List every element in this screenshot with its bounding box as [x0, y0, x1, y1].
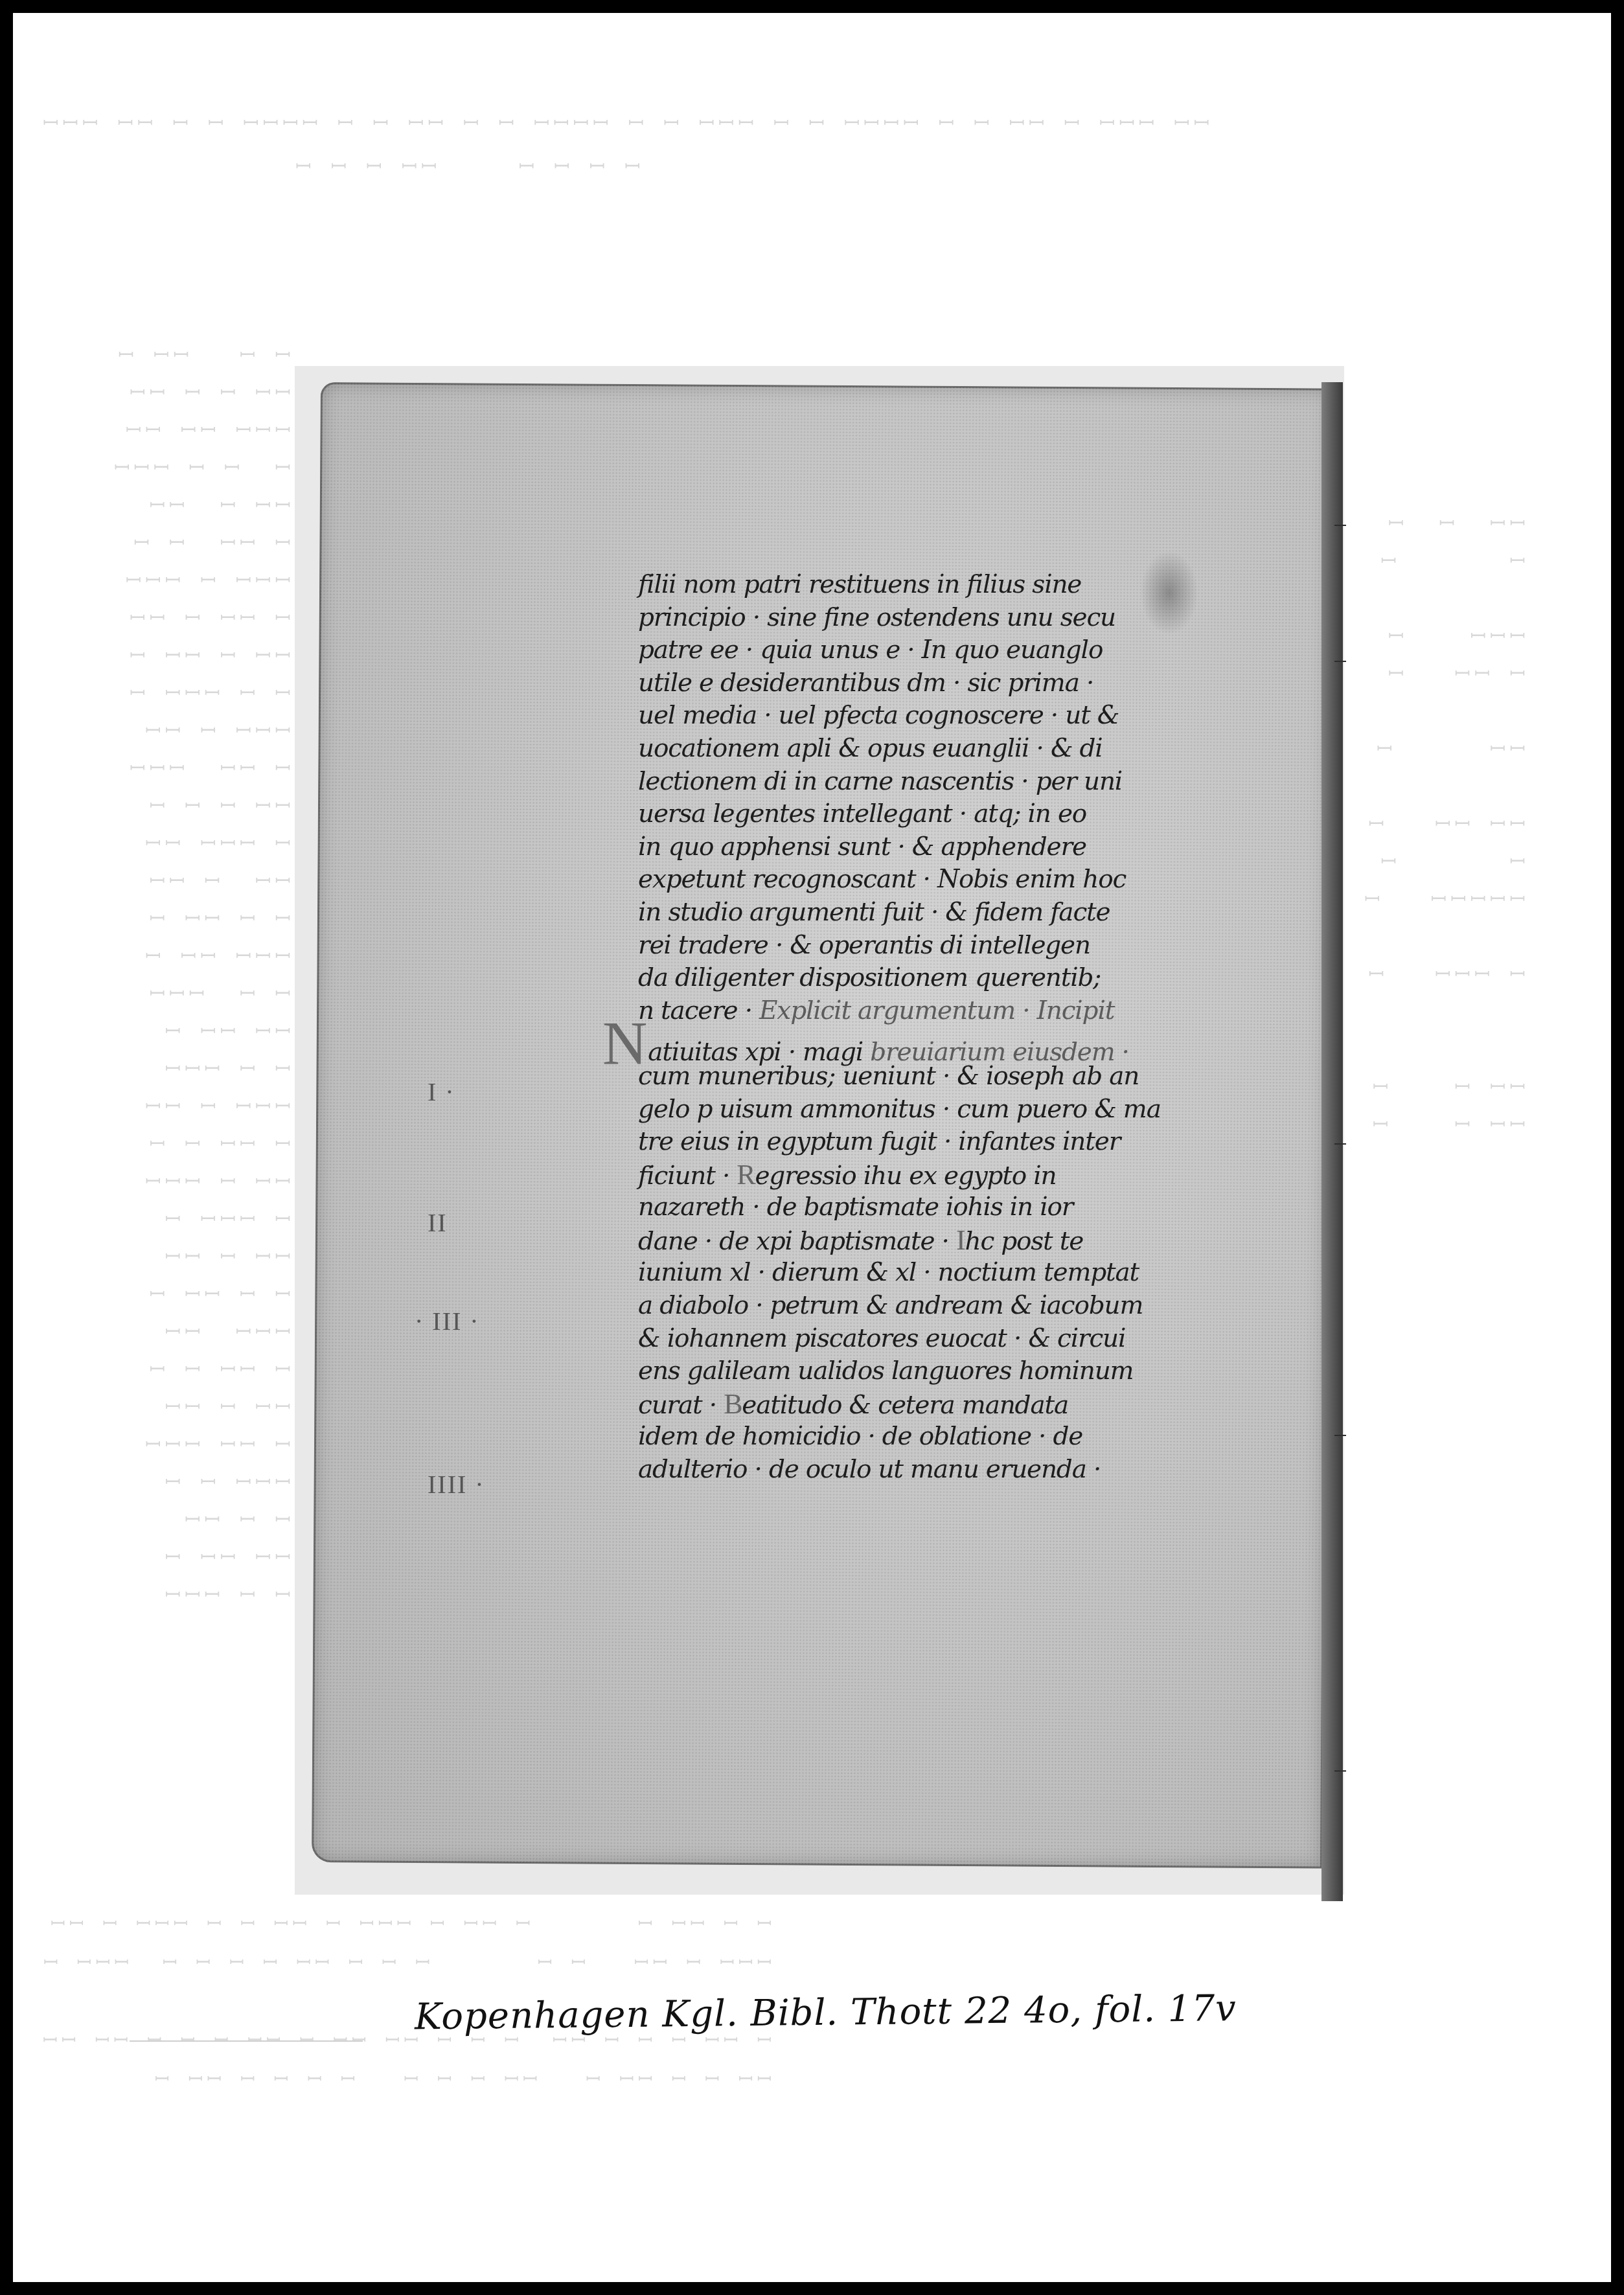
text-line: uocationem apli & opus euanglii · & di	[638, 733, 1221, 766]
text-line: Natiuitas xpi · magi breuiarium eiusdem …	[638, 1027, 1221, 1060]
binding-tab	[1334, 1143, 1346, 1145]
line-text: curat ·	[638, 1391, 716, 1420]
text-line: tre eius in egyptum fugit · infantes int…	[638, 1126, 1221, 1159]
binding-tab	[1334, 1770, 1346, 1772]
text-line: utile e desiderantibus dm · sic prima ·	[638, 667, 1221, 700]
bleed-through-top-2: ꟷ ꟷ ꟷ ꟷ ꟷꟷ ꟷ ꟷ ꟷ	[292, 152, 640, 179]
text-line: & iohannem piscatores euocat · & circui	[638, 1323, 1221, 1356]
binding-tab	[1334, 525, 1346, 526]
decorated-initial: N	[602, 1027, 646, 1060]
handwritten-caption: Kopenhagen Kgl. Bibl. Thott 22 4o, fol. …	[415, 1988, 1206, 2038]
chapter-numeral: II	[428, 1207, 448, 1238]
line-text: eatitudo & cetera mandata	[742, 1391, 1068, 1420]
line-text: hc post te	[965, 1227, 1083, 1256]
text-line: uersa legentes intellegant · atq; in eo	[638, 798, 1221, 831]
binding-strip	[1321, 382, 1343, 1901]
text-line: idem de homicidio · de oblatione · de	[638, 1421, 1221, 1454]
rubric-explicit-incipit: Explicit argumentum · Incipit	[759, 996, 1114, 1025]
line-text: ficiunt ·	[638, 1161, 729, 1191]
chapter-capital: I	[956, 1224, 965, 1256]
text-line: adulterio · de oculo ut manu eruenda ·	[638, 1454, 1221, 1487]
text-line: expetunt recognoscant · Nobis enim hoc	[638, 863, 1221, 896]
text-line: curat · Beatitudo & cetera mandata	[638, 1388, 1221, 1421]
bleed-through-right: ꟷꟷ ꟷ ꟷ ꟷ ꟷ ꟷꟷꟷ ꟷ ꟷ ꟷꟷ ꟷ ꟷꟷ ꟷ ꟷꟷ ꟷꟷ ꟷ ꟷ ꟷ…	[1360, 505, 1526, 1144]
line-text: dane · de xpi baptismate ·	[638, 1227, 949, 1256]
text-line: gelo p uisum ammonitus · cum puero & ma	[638, 1093, 1221, 1126]
manuscript-text: filii nom patri restituens in filius sin…	[638, 569, 1221, 1487]
text-line: uel media · uel pfecta cognoscere · ut &	[638, 700, 1221, 733]
text-line: lectionem di in carne nascentis · per un…	[638, 766, 1221, 799]
text-line: in quo apphensi sunt · & apphendere	[638, 831, 1221, 864]
faint-rule	[130, 2040, 363, 2042]
text-line: da diligenter dispositionem querentib;	[638, 962, 1221, 995]
bleed-through-left: ꟷ ꟷ ꟷꟷ ꟷ ꟷꟷ ꟷ ꟷ ꟷꟷ ꟷꟷꟷ ꟷꟷ ꟷꟷ ꟷ ꟷ ꟷ ꟷꟷꟷ ꟷ…	[110, 337, 291, 1614]
text-line: rei tradere · & operantis di intellegen	[638, 930, 1221, 963]
chapter-numeral: I ·	[428, 1077, 455, 1107]
bleed-through-top: ꟷꟷ ꟷꟷꟷ ꟷ ꟷꟷ ꟷ ꟷ ꟷꟷꟷꟷ ꟷ ꟷ ꟷꟷꟷ ꟷ ꟷ ꟷꟷꟷꟷ ꟷ …	[39, 109, 1209, 135]
text-line: cum muneribus; ueniunt · & ioseph ab an	[638, 1060, 1221, 1093]
text-line: ficiunt · Regressio ihu ex egypto in	[638, 1159, 1221, 1192]
binding-tab	[1334, 1435, 1346, 1436]
text-line: patre ee · quia unus e · In quo euanglo	[638, 634, 1221, 667]
chapter-numeral: IIII ·	[428, 1469, 485, 1500]
binding-tab	[1334, 661, 1346, 662]
line-text: n tacere ·	[638, 996, 752, 1025]
chapter-capital: B	[724, 1388, 742, 1420]
chapter-numeral: · III ·	[415, 1306, 480, 1336]
text-line: dane · de xpi baptismate · Ihc post te	[638, 1224, 1221, 1257]
text-line: iunium xl · dierum & xl · noctium tempta…	[638, 1257, 1221, 1290]
text-line: n tacere · Explicit argumentum · Incipit	[638, 995, 1221, 1028]
text-line: filii nom patri restituens in filius sin…	[638, 569, 1221, 602]
text-line: a diabolo · petrum & andream & iacobum	[638, 1290, 1221, 1323]
text-line: in studio argumenti fuit · & fidem facte	[638, 896, 1221, 930]
text-line: ens galileam ualidos languores hominum	[638, 1355, 1221, 1388]
chapter-capital: R	[737, 1159, 755, 1191]
scanned-sheet: ꟷꟷ ꟷꟷꟷ ꟷ ꟷꟷ ꟷ ꟷ ꟷꟷꟷꟷ ꟷ ꟷ ꟷꟷꟷ ꟷ ꟷ ꟷꟷꟷꟷ ꟷ …	[13, 13, 1611, 2282]
line-text: egressio ihu ex egypto in	[755, 1161, 1056, 1191]
text-line: principio · sine fine ostendens unu secu	[638, 602, 1221, 635]
text-line: nazareth · de baptismate iohis in ior	[638, 1191, 1221, 1224]
